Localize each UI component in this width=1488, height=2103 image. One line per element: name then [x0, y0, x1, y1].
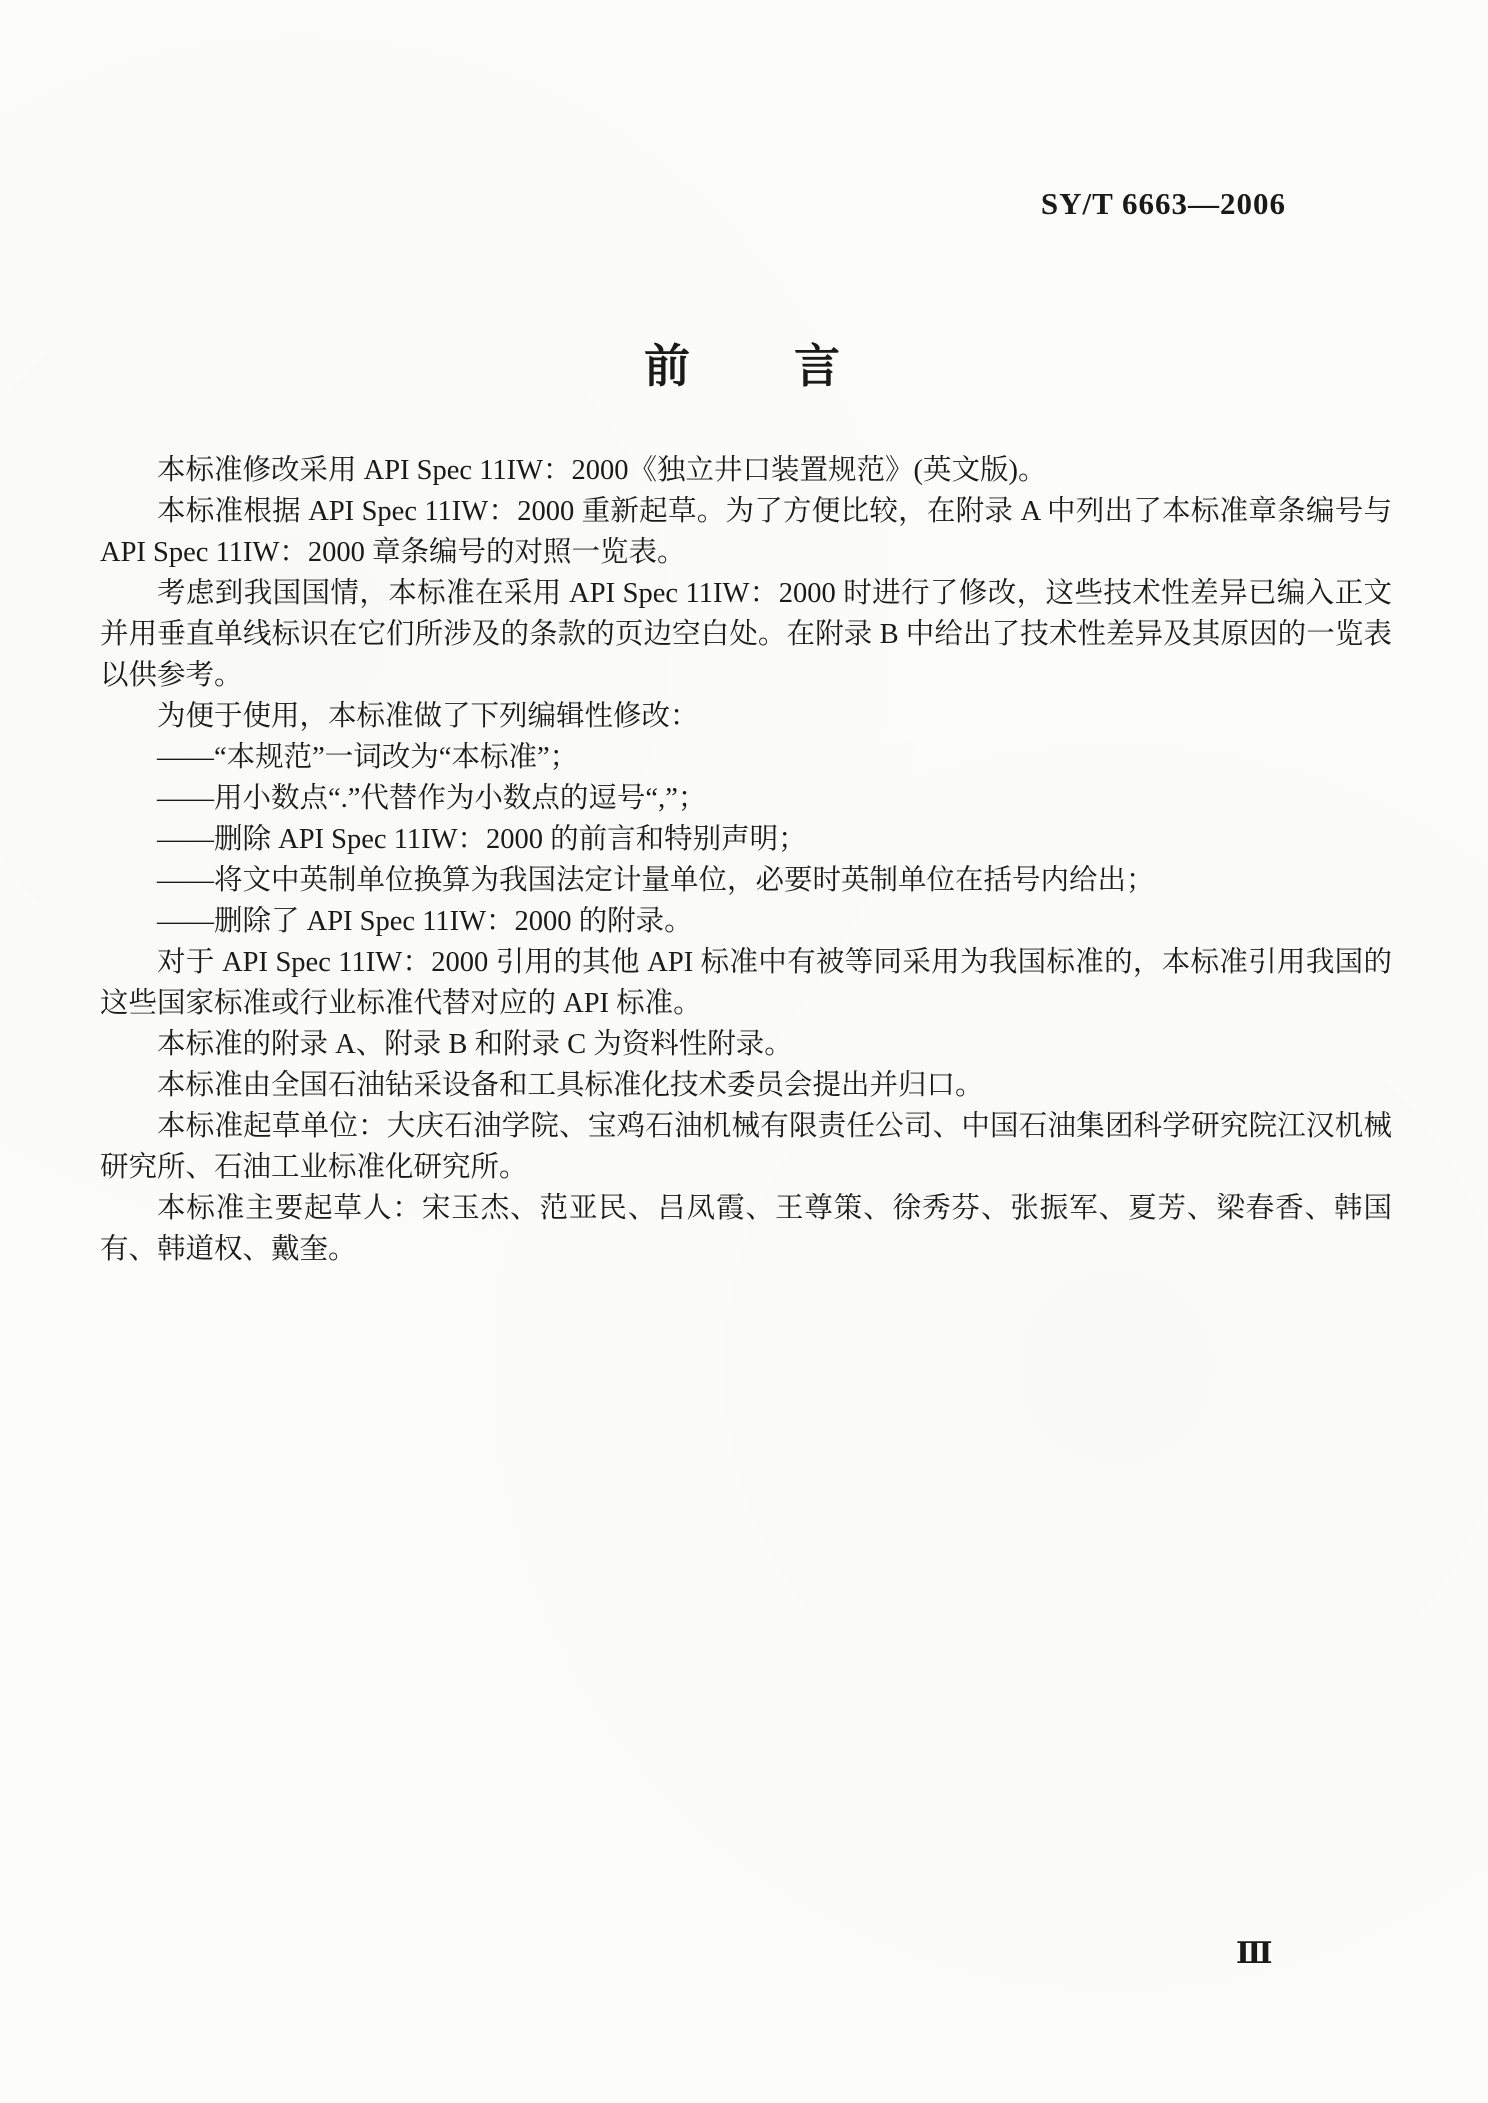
foreword-paragraph: ——将文中英制单位换算为我国法定计量单位，必要时英制单位在括号内给出；: [100, 860, 1392, 901]
foreword-paragraph: 考虑到我国国情，本标准在采用 API Spec 11IW：2000 时进行了修改…: [100, 573, 1392, 696]
foreword-paragraphs: 本标准修改采用 API Spec 11IW：2000《独立井口装置规范》(英文版…: [100, 450, 1392, 1270]
foreword-paragraph: 本标准起草单位：大庆石油学院、宝鸡石油机械有限责任公司、中国石油集团科学研究院江…: [100, 1106, 1392, 1188]
foreword-paragraph: 本标准由全国石油钻采设备和工具标准化技术委员会提出并归口。: [100, 1065, 1392, 1106]
foreword-paragraph: 本标准的附录 A、附录 B 和附录 C 为资料性附录。: [100, 1024, 1392, 1065]
foreword-paragraph: ——删除 API Spec 11IW：2000 的前言和特别声明；: [100, 819, 1392, 860]
foreword-paragraph: 本标准修改采用 API Spec 11IW：2000《独立井口装置规范》(英文版…: [100, 450, 1392, 491]
foreword-paragraph: 本标准根据 API Spec 11IW：2000 重新起草。为了方便比较，在附录…: [100, 491, 1392, 573]
foreword-paragraph: ——“本规范”一词改为“本标准”；: [100, 737, 1392, 778]
page-title: 前 言: [0, 330, 1488, 396]
foreword-paragraph: 对于 API Spec 11IW：2000 引用的其他 API 标准中有被等同采…: [100, 942, 1392, 1024]
document-page: SY/T 6663—2006 前 言 本标准修改采用 API Spec 11IW…: [0, 0, 1488, 2103]
foreword-paragraph: ——用小数点“.”代替作为小数点的逗号“,”；: [100, 778, 1392, 819]
foreword-paragraph: 为便于使用，本标准做了下列编辑性修改：: [100, 696, 1392, 737]
page-number: Ⅲ: [1236, 1936, 1273, 1971]
foreword-paragraph: 本标准主要起草人：宋玉杰、范亚民、吕凤霞、王尊策、徐秀芬、张振军、夏芳、梁春香、…: [100, 1188, 1392, 1270]
standard-number: SY/T 6663—2006: [1041, 186, 1286, 222]
foreword-paragraph: ——删除了 API Spec 11IW：2000 的附录。: [100, 901, 1392, 942]
